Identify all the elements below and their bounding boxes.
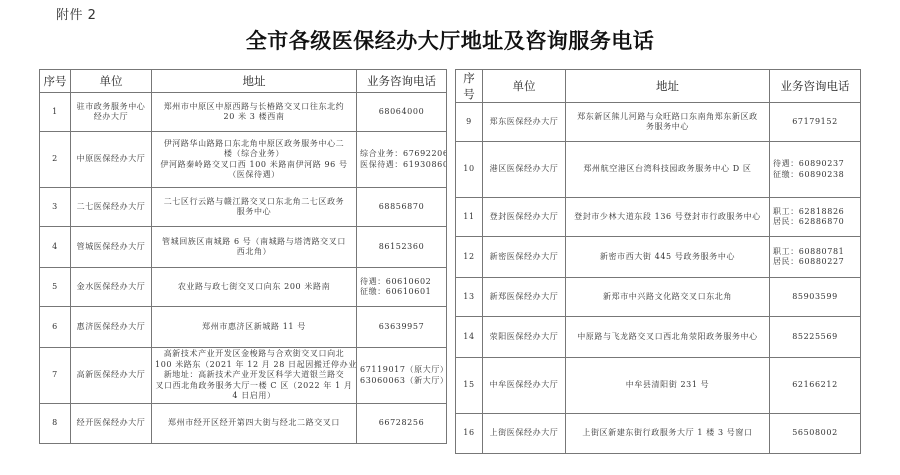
- row-address: 新郑市中兴路文化路交叉口东北角: [566, 278, 770, 317]
- row-address: 管城回族区南城路 6 号（南城路与塔湾路交叉口西北角）: [152, 227, 357, 268]
- phone-number: 职工：62818826: [773, 207, 857, 218]
- phone-number: 62166212: [773, 380, 857, 391]
- row-seq-number: 1: [40, 93, 71, 132]
- table-row: 8经开医保经办大厅郑州市经开区经开第四大街与经北二路交叉口66728256: [40, 404, 447, 444]
- phone-number: 待遇：60890237: [773, 159, 857, 170]
- row-phone: 66728256: [357, 404, 447, 444]
- phone-number: 居民：62886870: [773, 217, 857, 228]
- address-line: 务服务中心: [569, 122, 766, 133]
- row-phone: 待遇：60890237征缴：60890238: [770, 142, 861, 198]
- table-row: 1驻市政务服务中心经办大厅郑州市中原区中原西路与长椿路交叉口往东北约20 米 3…: [40, 93, 447, 132]
- row-seq-number: 8: [40, 404, 71, 444]
- row-phone: 67119017（原大厅）63060063（新大厅）: [357, 348, 447, 404]
- address-line: 郑州市经开区经开第四大街与经北二路交叉口: [155, 418, 353, 429]
- address-line: 4 日启用）: [155, 391, 353, 402]
- row-address: 高新技术产业开发区金梭路与合欢街交叉口向北100 米路东（2021 年 12 月…: [152, 348, 357, 404]
- address-line: 上街区新建东街行政服务大厅 1 楼 3 号窗口: [569, 428, 766, 439]
- row-phone: 68856870: [357, 188, 447, 227]
- row-address: 郑州航空港区台湾科技园政务服务中心 D 区: [566, 142, 770, 198]
- row-seq-number: 4: [40, 227, 71, 268]
- row-address: 郑州市经开区经开第四大街与经北二路交叉口: [152, 404, 357, 444]
- row-phone: 86152360: [357, 227, 447, 268]
- header-address: 地址: [566, 70, 770, 103]
- row-address: 中原路与飞龙路交叉口西北角荥阳政务服务中心: [566, 317, 770, 358]
- header-seq: 序号: [456, 70, 483, 103]
- unit-line: 二七医保经办大厅: [74, 202, 148, 213]
- address-line: 新密市西大街 445 号政务服务中心: [569, 252, 766, 263]
- table-row: 16上街医保经办大厅上街区新建东街行政服务大厅 1 楼 3 号窗口5650800…: [456, 414, 861, 454]
- row-unit: 金水医保经办大厅: [71, 268, 152, 307]
- unit-line: 登封医保经办大厅: [486, 212, 562, 223]
- unit-line: 上街医保经办大厅: [486, 428, 562, 439]
- address-line: 农业路与政七街交叉口向东 200 米路南: [155, 282, 353, 293]
- row-phone: 85225569: [770, 317, 861, 358]
- unit-line: 经开医保经办大厅: [74, 418, 148, 429]
- row-phone: 待遇：60610602征缴：60610601: [357, 268, 447, 307]
- row-seq-number: 5: [40, 268, 71, 307]
- unit-line: 惠济医保经办大厅: [74, 322, 148, 333]
- address-line: 伊河路秦岭路交叉口西 100 米路南伊河路 96 号: [155, 160, 353, 171]
- row-unit: 管城医保经办大厅: [71, 227, 152, 268]
- row-seq-number: 9: [456, 103, 483, 142]
- table-row: 4管城医保经办大厅管城回族区南城路 6 号（南城路与塔湾路交叉口西北角）8615…: [40, 227, 447, 268]
- row-phone: 56508002: [770, 414, 861, 454]
- office-table-left: 序号 单位 地址 业务咨询电话 1驻市政务服务中心经办大厅郑州市中原区中原西路与…: [39, 69, 447, 444]
- header-address: 地址: [152, 70, 357, 93]
- row-unit: 高新医保经办大厅: [71, 348, 152, 404]
- address-line: 登封市少林大道东段 136 号登封市行政服务中心: [569, 212, 766, 223]
- table-row: 11登封医保经办大厅登封市少林大道东段 136 号登封市行政服务中心职工：628…: [456, 198, 861, 237]
- row-seq-number: 14: [456, 317, 483, 358]
- row-address: 登封市少林大道东段 136 号登封市行政服务中心: [566, 198, 770, 237]
- row-address: 郑东新区熊儿河路与众旺路口东南角郑东新区政务服务中心: [566, 103, 770, 142]
- phone-number: 66728256: [360, 418, 443, 429]
- phone-number: 85225569: [773, 332, 857, 343]
- address-line: 西北角）: [155, 247, 353, 258]
- row-unit: 新郑医保经办大厅: [483, 278, 566, 317]
- header-phone: 业务咨询电话: [357, 70, 447, 93]
- row-unit: 新密医保经办大厅: [483, 237, 566, 278]
- row-seq-number: 3: [40, 188, 71, 227]
- address-line: （医保待遇）: [155, 170, 353, 181]
- row-phone: 68064000: [357, 93, 447, 132]
- row-phone: 职工：62818826居民：62886870: [770, 198, 861, 237]
- unit-line: 中牟医保经办大厅: [486, 380, 562, 391]
- address-line: 郑州市惠济区新城路 11 号: [155, 322, 353, 333]
- table-row: 7高新医保经办大厅高新技术产业开发区金梭路与合欢街交叉口向北100 米路东（20…: [40, 348, 447, 404]
- address-line: 管城回族区南城路 6 号（南城路与塔湾路交叉口: [155, 237, 353, 248]
- table-row: 2中原医保经办大厅伊河路华山路路口东北角中原区政务服务中心二楼（综合业务）伊河路…: [40, 132, 447, 188]
- row-phone: 67179152: [770, 103, 861, 142]
- table-header-row: 序号 单位 地址 业务咨询电话: [456, 70, 861, 103]
- table-row: 10港区医保经办大厅郑州航空港区台湾科技园政务服务中心 D 区待遇：608902…: [456, 142, 861, 198]
- phone-number: 居民：60880227: [773, 257, 857, 268]
- unit-line: 高新医保经办大厅: [74, 370, 148, 381]
- unit-line: 经办大厅: [74, 112, 148, 123]
- row-phone: 63639957: [357, 307, 447, 348]
- phone-number: 63639957: [360, 322, 443, 333]
- row-phone: 85903599: [770, 278, 861, 317]
- table-row: 5金水医保经办大厅农业路与政七街交叉口向东 200 米路南待遇：60610602…: [40, 268, 447, 307]
- row-unit: 上街医保经办大厅: [483, 414, 566, 454]
- row-seq-number: 11: [456, 198, 483, 237]
- phone-number: 68064000: [360, 107, 443, 118]
- phone-number: 医保待遇：61930860: [360, 160, 443, 171]
- row-address: 农业路与政七街交叉口向东 200 米路南: [152, 268, 357, 307]
- row-phone: 综合业务：67692206医保待遇：61930860: [357, 132, 447, 188]
- unit-line: 金水医保经办大厅: [74, 282, 148, 293]
- row-address: 郑州市惠济区新城路 11 号: [152, 307, 357, 348]
- header-unit: 单位: [483, 70, 566, 103]
- phone-number: 63060063（新大厅）: [360, 376, 443, 387]
- unit-line: 新密医保经办大厅: [486, 252, 562, 263]
- phone-number: 85903599: [773, 292, 857, 303]
- address-line: 郑东新区熊儿河路与众旺路口东南角郑东新区政: [569, 112, 766, 123]
- table-row: 12新密医保经办大厅新密市西大街 445 号政务服务中心职工：60880781居…: [456, 237, 861, 278]
- row-unit: 二七医保经办大厅: [71, 188, 152, 227]
- unit-line: 港区医保经办大厅: [486, 164, 562, 175]
- address-line: 中原路与飞龙路交叉口西北角荥阳政务服务中心: [569, 332, 766, 343]
- table-row: 9郑东医保经办大厅郑东新区熊儿河路与众旺路口东南角郑东新区政务服务中心67179…: [456, 103, 861, 142]
- phone-number: 56508002: [773, 428, 857, 439]
- attachment-label: 附件 2: [56, 4, 96, 23]
- address-line: 新郑市中兴路文化路交叉口东北角: [569, 292, 766, 303]
- phone-number: 67179152: [773, 117, 857, 128]
- address-line: 楼（综合业务）: [155, 149, 353, 160]
- row-address: 郑州市中原区中原西路与长椿路交叉口往东北约20 米 3 楼西南: [152, 93, 357, 132]
- address-line: 伊河路华山路路口东北角中原区政务服务中心二: [155, 139, 353, 150]
- row-unit: 中牟医保经办大厅: [483, 358, 566, 414]
- row-seq-number: 6: [40, 307, 71, 348]
- row-seq-number: 10: [456, 142, 483, 198]
- row-seq-number: 15: [456, 358, 483, 414]
- unit-line: 管城医保经办大厅: [74, 242, 148, 253]
- office-table-right: 序号 单位 地址 业务咨询电话 9郑东医保经办大厅郑东新区熊儿河路与众旺路口东南…: [455, 69, 861, 454]
- header-unit: 单位: [71, 70, 152, 93]
- row-address: 上街区新建东街行政服务大厅 1 楼 3 号窗口: [566, 414, 770, 454]
- phone-number: 综合业务：67692206: [360, 149, 443, 160]
- row-unit: 登封医保经办大厅: [483, 198, 566, 237]
- row-seq-number: 12: [456, 237, 483, 278]
- row-unit: 驻市政务服务中心经办大厅: [71, 93, 152, 132]
- table-row: 6惠济医保经办大厅郑州市惠济区新城路 11 号63639957: [40, 307, 447, 348]
- row-seq-number: 13: [456, 278, 483, 317]
- table-row: 3二七医保经办大厅二七区行云路与赣江路交叉口东北角二七区政务服务中心688568…: [40, 188, 447, 227]
- row-unit: 港区医保经办大厅: [483, 142, 566, 198]
- address-line: 二七区行云路与赣江路交叉口东北角二七区政务: [155, 197, 353, 208]
- header-seq: 序号: [40, 70, 71, 93]
- row-phone: 职工：60880781居民：60880227: [770, 237, 861, 278]
- phone-number: 86152360: [360, 242, 443, 253]
- unit-line: 荥阳医保经办大厅: [486, 332, 562, 343]
- row-address: 新密市西大街 445 号政务服务中心: [566, 237, 770, 278]
- table-row: 14荥阳医保经办大厅中原路与飞龙路交叉口西北角荥阳政务服务中心85225569: [456, 317, 861, 358]
- row-unit: 郑东医保经办大厅: [483, 103, 566, 142]
- row-seq-number: 2: [40, 132, 71, 188]
- unit-line: 中原医保经办大厅: [74, 154, 148, 165]
- phone-number: 职工：60880781: [773, 247, 857, 258]
- row-unit: 经开医保经办大厅: [71, 404, 152, 444]
- row-address: 伊河路华山路路口东北角中原区政务服务中心二楼（综合业务）伊河路秦岭路交叉口西 1…: [152, 132, 357, 188]
- phone-number: 67119017（原大厅）: [360, 365, 443, 376]
- row-phone: 62166212: [770, 358, 861, 414]
- row-unit: 中原医保经办大厅: [71, 132, 152, 188]
- row-unit: 荥阳医保经办大厅: [483, 317, 566, 358]
- unit-line: 郑东医保经办大厅: [486, 117, 562, 128]
- table-body-left: 1驻市政务服务中心经办大厅郑州市中原区中原西路与长椿路交叉口往东北约20 米 3…: [40, 93, 447, 444]
- document-title: 全市各级医保经办大厅地址及咨询服务电话: [0, 25, 900, 55]
- header-phone: 业务咨询电话: [770, 70, 861, 103]
- address-line: 郑州市中原区中原西路与长椿路交叉口往东北约: [155, 102, 353, 113]
- row-seq-number: 7: [40, 348, 71, 404]
- row-address: 二七区行云路与赣江路交叉口东北角二七区政务服务中心: [152, 188, 357, 227]
- phone-number: 68856870: [360, 202, 443, 213]
- row-unit: 惠济医保经办大厅: [71, 307, 152, 348]
- table-row: 13新郑医保经办大厅新郑市中兴路文化路交叉口东北角85903599: [456, 278, 861, 317]
- table-row: 15中牟医保经办大厅中牟县清阳街 231 号62166212: [456, 358, 861, 414]
- table-body-right: 9郑东医保经办大厅郑东新区熊儿河路与众旺路口东南角郑东新区政务服务中心67179…: [456, 103, 861, 454]
- table-header-row: 序号 单位 地址 业务咨询电话: [40, 70, 447, 93]
- address-line: 高新技术产业开发区金梭路与合欢街交叉口向北: [155, 349, 353, 360]
- phone-number: 征缴：60890238: [773, 170, 857, 181]
- address-line: 郑州航空港区台湾科技园政务服务中心 D 区: [569, 164, 766, 175]
- phone-number: 待遇：60610602: [360, 277, 443, 288]
- row-seq-number: 16: [456, 414, 483, 454]
- unit-line: 驻市政务服务中心: [74, 102, 148, 113]
- address-line: 20 米 3 楼西南: [155, 112, 353, 123]
- address-line: 新地址：高新技术产业开发区科学大道银兰路交: [155, 370, 353, 381]
- unit-line: 新郑医保经办大厅: [486, 292, 562, 303]
- address-line: 叉口西北角政务服务大厅一楼 C 区（2022 年 1 月: [155, 381, 353, 392]
- phone-number: 征缴：60610601: [360, 287, 443, 298]
- address-line: 服务中心: [155, 207, 353, 218]
- address-line: 中牟县清阳街 231 号: [569, 380, 766, 391]
- address-line: 100 米路东（2021 年 12 月 28 日起因搬迁停办业务）: [155, 360, 353, 371]
- row-address: 中牟县清阳街 231 号: [566, 358, 770, 414]
